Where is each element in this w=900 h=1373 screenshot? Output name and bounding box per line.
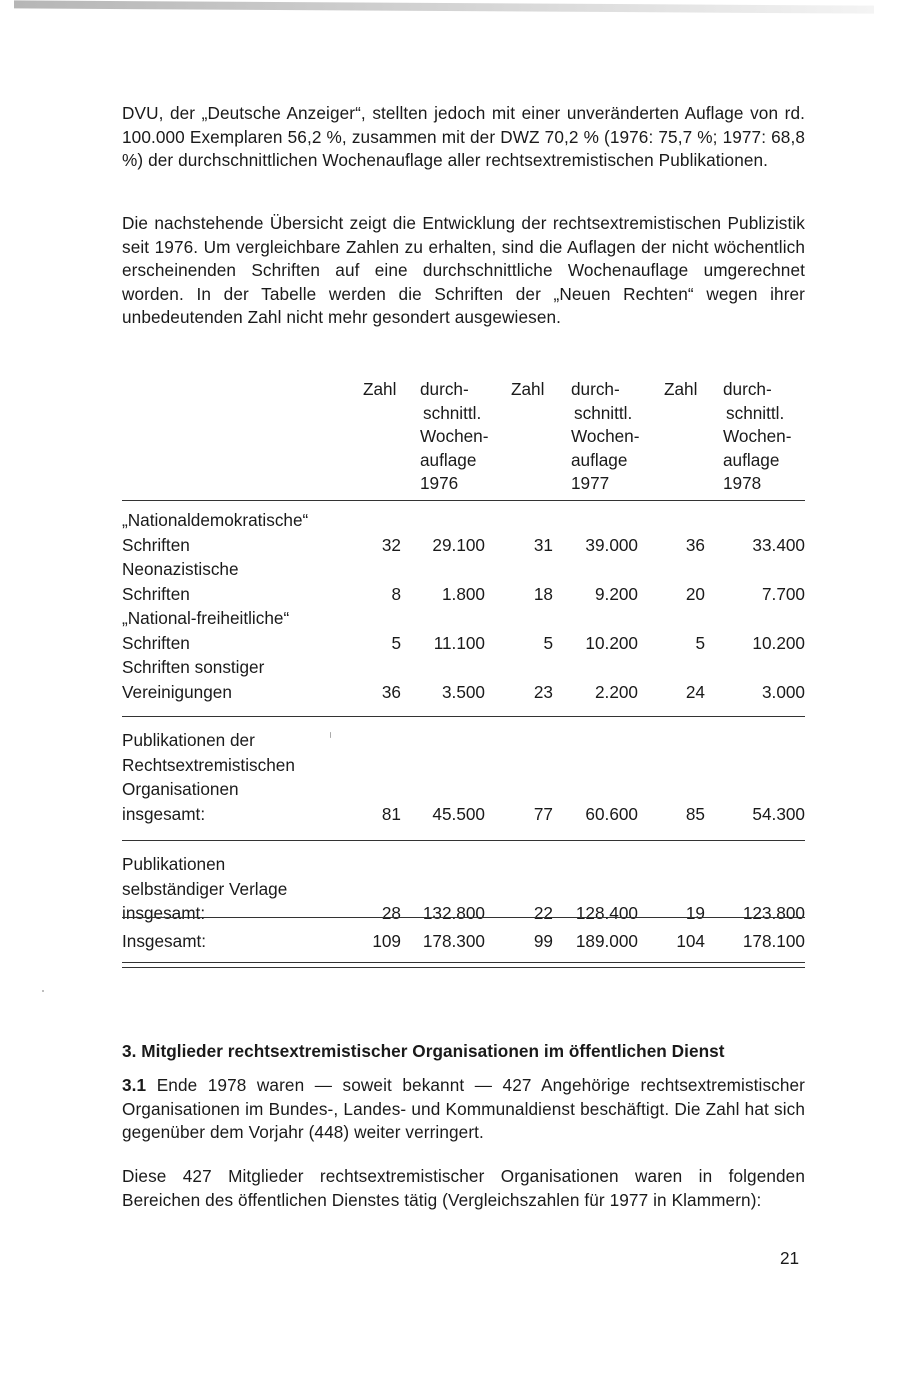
- double-rule-bottom: [122, 967, 805, 968]
- cell-auflage: 10.200: [752, 631, 805, 656]
- page-number: 21: [780, 1248, 799, 1269]
- cell-auflage: 7.700: [762, 582, 805, 607]
- cell-auflage: 2.200: [595, 680, 638, 705]
- cell-auflage: 132.800: [423, 901, 485, 926]
- table-row: Publikationen derRechtsextremistischenOr…: [122, 728, 805, 826]
- table-row: Schriften sonstigerVereinigungen363.5002…: [122, 655, 805, 704]
- table-row: NeonazistischeSchriften81.800189.200207.…: [122, 557, 805, 606]
- cell-auflage: 123.800: [743, 901, 805, 926]
- cell-auflage: 3.000: [762, 680, 805, 705]
- cell-auflage: 189.000: [576, 929, 638, 954]
- cell-zahl: 24: [686, 680, 705, 705]
- row-label: NeonazistischeSchriften: [122, 557, 239, 606]
- cell-auflage: 39.000: [585, 533, 638, 558]
- double-rule-top: [122, 962, 805, 963]
- cell-zahl: 36: [382, 680, 401, 705]
- cell-zahl: 77: [534, 802, 553, 827]
- table-row: Publikationenselbständiger Verlageinsges…: [122, 852, 805, 926]
- row-label: „National-freiheitliche“Schriften: [122, 606, 289, 655]
- header-auflage-1977: durch- schnittl. Wochen- auflage 1977: [571, 378, 639, 496]
- row-label: Insgesamt:: [122, 929, 206, 954]
- cell-zahl: 20: [686, 582, 705, 607]
- cell-auflage: 11.100: [434, 631, 485, 656]
- cell-auflage: 29.100: [432, 533, 485, 558]
- cell-zahl: 8: [391, 582, 401, 607]
- row-label: Schriften sonstigerVereinigungen: [122, 655, 264, 704]
- cell-zahl: 81: [382, 802, 401, 827]
- cell-zahl: 22: [534, 901, 553, 926]
- cell-auflage: 33.400: [752, 533, 805, 558]
- cell-auflage: 178.100: [743, 929, 805, 954]
- section-heading: 3. Mitglieder rechtsextremistischer Orga…: [122, 1040, 805, 1064]
- cell-zahl: 28: [382, 901, 401, 926]
- cell-auflage: 10.200: [585, 631, 638, 656]
- cell-auflage: 128.400: [576, 901, 638, 926]
- row-label: Publikationenselbständiger Verlageinsges…: [122, 852, 287, 926]
- table-row: „National-freiheitliche“Schriften511.100…: [122, 606, 805, 655]
- cell-zahl: 5: [695, 631, 705, 656]
- cell-zahl: 5: [391, 631, 401, 656]
- scan-speck: [42, 990, 44, 992]
- cell-zahl: 31: [534, 533, 553, 558]
- cell-zahl: 36: [686, 533, 705, 558]
- subtotal-rule: [122, 716, 805, 717]
- cell-auflage: 9.200: [595, 582, 638, 607]
- cell-zahl: 23: [534, 680, 553, 705]
- cell-auflage: 3.500: [442, 680, 485, 705]
- cell-zahl: 5: [543, 631, 553, 656]
- table-row: „Nationaldemokratische“Schriften3229.100…: [122, 508, 805, 557]
- header-zahl-1976: Zahl: [363, 378, 396, 402]
- cell-zahl: 18: [534, 582, 553, 607]
- cell-auflage: 54.300: [752, 802, 805, 827]
- row-label: Publikationen derRechtsextremistischenOr…: [122, 728, 295, 826]
- table-row: Insgesamt:109178.30099189.000104178.100: [122, 929, 805, 954]
- header-zahl-1977: Zahl: [511, 378, 544, 402]
- header-auflage-1976: durch- schnittl. Wochen- auflage 1976: [420, 378, 488, 496]
- cell-zahl: 104: [676, 929, 705, 954]
- cell-auflage: 45.500: [432, 802, 485, 827]
- header-zahl-1978: Zahl: [664, 378, 697, 402]
- intro-paragraph: DVU, der „Deutsche Anzeiger“, stellten j…: [122, 102, 805, 173]
- row-label: „Nationaldemokratische“Schriften: [122, 508, 308, 557]
- section-3-1-paragraph: 3.1 Ende 1978 waren — soweit bekannt — 4…: [122, 1074, 805, 1145]
- cell-zahl: 99: [534, 929, 553, 954]
- scan-edge-shadow: [14, 0, 874, 13]
- cell-zahl: 109: [372, 929, 401, 954]
- cell-auflage: 1.800: [442, 582, 485, 607]
- cell-zahl: 32: [382, 533, 401, 558]
- cell-zahl: 85: [686, 802, 705, 827]
- overview-paragraph: Die nachstehende Übersicht zeigt die Ent…: [122, 212, 805, 330]
- followup-paragraph: Diese 427 Mitglieder rechtsextremistisch…: [122, 1165, 805, 1212]
- section-number: 3.1: [122, 1075, 146, 1095]
- cell-zahl: 19: [686, 901, 705, 926]
- subtotal-rule: [122, 840, 805, 841]
- header-rule: [122, 500, 805, 501]
- header-auflage-1978: durch- schnittl. Wochen- auflage 1978: [723, 378, 791, 496]
- cell-auflage: 178.300: [423, 929, 485, 954]
- total-rule: [122, 917, 805, 918]
- cell-auflage: 60.600: [585, 802, 638, 827]
